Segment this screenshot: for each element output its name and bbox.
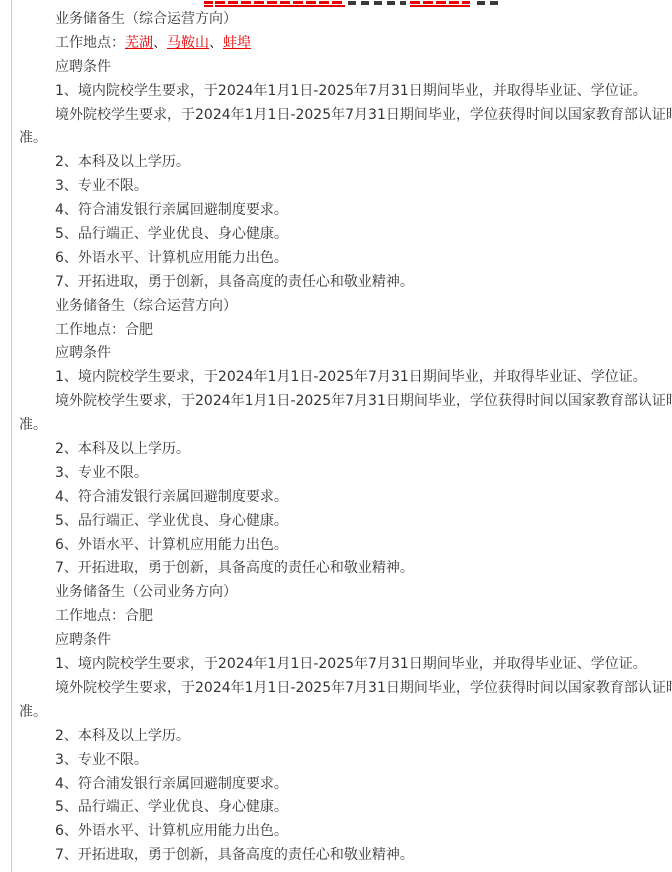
location-text: 合肥 bbox=[125, 322, 153, 338]
location-link[interactable]: 马鞍山 bbox=[167, 35, 209, 51]
requirement-line: 准。 bbox=[19, 127, 672, 151]
requirement-line: 4、符合浦发银行亲属回避制度要求。 bbox=[19, 486, 672, 510]
requirement-line: 6、外语水平、计算机应用能力出色。 bbox=[19, 247, 672, 271]
job-location-label: 工作地点： bbox=[55, 322, 125, 338]
conditions-heading: 应聘条件 bbox=[19, 56, 672, 80]
job-sections: 业务储备生（综合运营方向）工作地点：芜湖、马鞍山、蚌埠应聘条件1、境内院校学生要… bbox=[19, 8, 672, 868]
page: { "page": { "background": "#ffffff", "bo… bbox=[0, 0, 672, 872]
job-location-line: 工作地点：芜湖、马鞍山、蚌埠 bbox=[19, 32, 672, 56]
job-section: 业务储备生（综合运营方向）工作地点：芜湖、马鞍山、蚌埠应聘条件1、境内院校学生要… bbox=[19, 8, 672, 295]
job-title: 业务储备生（综合运营方向） bbox=[19, 8, 672, 32]
clipped-header-line bbox=[19, 0, 672, 8]
job-section: 业务储备生（公司业务方向）工作地点：合肥应聘条件1、境内院校学生要求，于2024… bbox=[19, 581, 672, 868]
requirement-line: 1、境内院校学生要求，于2024年1月1日-2025年7月31日期间毕业，并取得… bbox=[19, 653, 672, 677]
requirement-line: 4、符合浦发银行亲属回避制度要求。 bbox=[19, 773, 672, 797]
requirement-line: 5、品行端正、学业优良、身心健康。 bbox=[19, 510, 672, 534]
requirement-line: 1、境内院校学生要求，于2024年1月1日-2025年7月31日期间毕业，并取得… bbox=[19, 80, 672, 104]
job-location-line: 工作地点：合肥 bbox=[19, 319, 672, 343]
job-location-label: 工作地点： bbox=[55, 608, 125, 624]
conditions-heading: 应聘条件 bbox=[19, 629, 672, 653]
clipped-text-fragment bbox=[477, 1, 501, 5]
job-section: 业务储备生（综合运营方向）工作地点：合肥应聘条件1、境内院校学生要求，于2024… bbox=[19, 295, 672, 582]
requirement-line: 3、专业不限。 bbox=[19, 749, 672, 773]
requirement-line: 6、外语水平、计算机应用能力出色。 bbox=[19, 534, 672, 558]
location-separator: 、 bbox=[153, 35, 167, 51]
requirement-line: 5、品行端正、学业优良、身心健康。 bbox=[19, 223, 672, 247]
requirement-line: 境外院校学生要求，于2024年1月1日-2025年7月31日期间毕业，学位获得时… bbox=[19, 390, 672, 414]
requirement-line: 准。 bbox=[19, 701, 672, 725]
requirement-line: 境外院校学生要求，于2024年1月1日-2025年7月31日期间毕业，学位获得时… bbox=[19, 104, 672, 128]
location-link[interactable]: 芜湖 bbox=[125, 35, 153, 51]
requirement-line: 4、符合浦发银行亲属回避制度要求。 bbox=[19, 199, 672, 223]
requirement-line: 7、开拓进取，勇于创新，具备高度的责任心和敬业精神。 bbox=[19, 557, 672, 581]
requirement-line: 3、专业不限。 bbox=[19, 175, 672, 199]
content-area: 业务储备生（综合运营方向）工作地点：芜湖、马鞍山、蚌埠应聘条件1、境内院校学生要… bbox=[11, 0, 672, 872]
job-title: 业务储备生（综合运营方向） bbox=[19, 295, 672, 319]
clipped-link-fragment[interactable] bbox=[215, 1, 345, 7]
location-separator: 、 bbox=[209, 35, 223, 51]
requirement-line: 2、本科及以上学历。 bbox=[19, 438, 672, 462]
clipped-text-fragment bbox=[348, 1, 406, 5]
location-link[interactable]: 蚌埠 bbox=[223, 35, 251, 51]
clipped-link-fragment[interactable] bbox=[204, 1, 213, 7]
location-text: 合肥 bbox=[125, 608, 153, 624]
requirement-line: 准。 bbox=[19, 414, 672, 438]
job-title: 业务储备生（公司业务方向） bbox=[19, 581, 672, 605]
job-location-label: 工作地点： bbox=[55, 35, 125, 51]
requirement-line: 5、品行端正、学业优良、身心健康。 bbox=[19, 796, 672, 820]
requirement-line: 1、境内院校学生要求，于2024年1月1日-2025年7月31日期间毕业，并取得… bbox=[19, 366, 672, 390]
requirement-line: 境外院校学生要求，于2024年1月1日-2025年7月31日期间毕业，学位获得时… bbox=[19, 677, 672, 701]
requirement-line: 6、外语水平、计算机应用能力出色。 bbox=[19, 820, 672, 844]
requirement-line: 2、本科及以上学历。 bbox=[19, 725, 672, 749]
conditions-heading: 应聘条件 bbox=[19, 342, 672, 366]
requirement-line: 7、开拓进取，勇于创新，具备高度的责任心和敬业精神。 bbox=[19, 844, 672, 868]
requirement-line: 3、专业不限。 bbox=[19, 462, 672, 486]
requirement-line: 7、开拓进取，勇于创新，具备高度的责任心和敬业精神。 bbox=[19, 271, 672, 295]
clipped-link-fragment[interactable] bbox=[410, 1, 470, 7]
requirement-line: 2、本科及以上学历。 bbox=[19, 151, 672, 175]
job-location-line: 工作地点：合肥 bbox=[19, 605, 672, 629]
